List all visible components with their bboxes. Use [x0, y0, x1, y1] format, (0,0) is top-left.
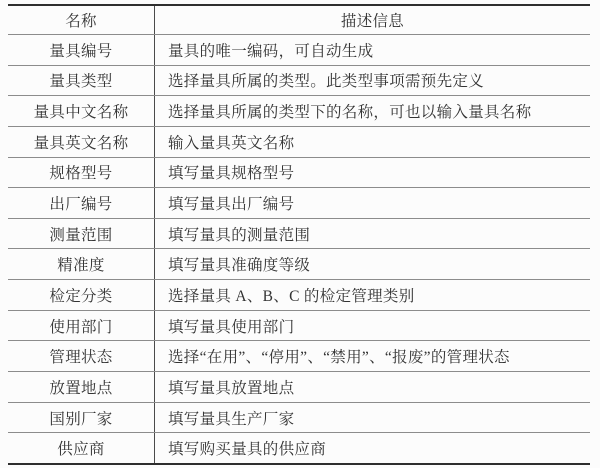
table-row: 出厂编号 填写量具出厂编号	[8, 187, 590, 218]
table-row: 放置地点 填写量具放置地点	[8, 371, 590, 402]
table-row: 规格型号 填写量具规格型号	[8, 157, 590, 188]
field-description-cell: 填写量具的测量范围	[155, 219, 590, 249]
table-row: 量具中文名称 选择量具所属的类型下的名称，可也以输入量具名称	[8, 95, 590, 126]
field-description-cell: 填写量具出厂编号	[155, 188, 590, 218]
field-name-cell: 放置地点	[8, 372, 155, 402]
table-row: 使用部门 填写量具使用部门	[8, 310, 590, 341]
field-description-cell: 填写量具生产厂家	[155, 403, 590, 433]
field-name-cell: 量具中文名称	[8, 96, 155, 126]
field-name-cell: 精准度	[8, 249, 155, 279]
field-name-cell: 国别厂家	[8, 403, 155, 433]
field-description-cell: 选择量具 A、B、C 的检定管理类别	[155, 280, 590, 310]
field-description-cell: 填写量具放置地点	[155, 372, 590, 402]
field-description-cell: 选择量具所属的类型下的名称，可也以输入量具名称	[155, 96, 590, 126]
table-row: 测量范围 填写量具的测量范围	[8, 218, 590, 249]
field-name-cell: 量具英文名称	[8, 127, 155, 157]
table-row: 检定分类 选择量具 A、B、C 的检定管理类别	[8, 279, 590, 310]
field-description-cell: 填写量具准确度等级	[155, 249, 590, 279]
field-name-cell: 出厂编号	[8, 188, 155, 218]
field-name-cell: 量具类型	[8, 66, 155, 96]
field-description-cell: 填写量具使用部门	[155, 311, 590, 341]
field-description-cell: 选择量具所属的类型。此类型事项需预先定义	[155, 66, 590, 96]
table-row: 量具编号 量具的唯一编码，可自动生成	[8, 34, 590, 65]
field-name-cell: 供应商	[8, 433, 155, 463]
table-body: 量具编号 量具的唯一编码，可自动生成 量具类型 选择量具所属的类型。此类型事项需…	[8, 34, 590, 463]
field-description-cell: 填写量具规格型号	[155, 158, 590, 188]
header-name-column: 名称	[8, 6, 155, 34]
field-description-cell: 输入量具英文名称	[155, 127, 590, 157]
field-name-cell: 使用部门	[8, 311, 155, 341]
table-header-row: 名称 描述信息	[8, 6, 590, 34]
table-row: 量具类型 选择量具所属的类型。此类型事项需预先定义	[8, 65, 590, 96]
table-row: 管理状态 选择“在用”、“停用”、“禁用”、“报废”的管理状态	[8, 340, 590, 371]
table-row: 精准度 填写量具准确度等级	[8, 248, 590, 279]
table-row: 国别厂家 填写量具生产厂家	[8, 402, 590, 433]
field-description-cell: 选择“在用”、“停用”、“禁用”、“报废”的管理状态	[155, 341, 590, 371]
fields-table: 名称 描述信息 量具编号 量具的唯一编码，可自动生成 量具类型 选择量具所属的类…	[8, 4, 590, 465]
table-row: 量具英文名称 输入量具英文名称	[8, 126, 590, 157]
field-name-cell: 量具编号	[8, 35, 155, 65]
field-description-cell: 填写购买量具的供应商	[155, 433, 590, 463]
field-description-cell: 量具的唯一编码，可自动生成	[155, 35, 590, 65]
field-name-cell: 规格型号	[8, 158, 155, 188]
header-description-column: 描述信息	[155, 6, 590, 34]
field-name-cell: 测量范围	[8, 219, 155, 249]
table-row: 供应商 填写购买量具的供应商	[8, 432, 590, 463]
field-name-cell: 检定分类	[8, 280, 155, 310]
field-name-cell: 管理状态	[8, 341, 155, 371]
document-page: 名称 描述信息 量具编号 量具的唯一编码，可自动生成 量具类型 选择量具所属的类…	[0, 0, 600, 468]
